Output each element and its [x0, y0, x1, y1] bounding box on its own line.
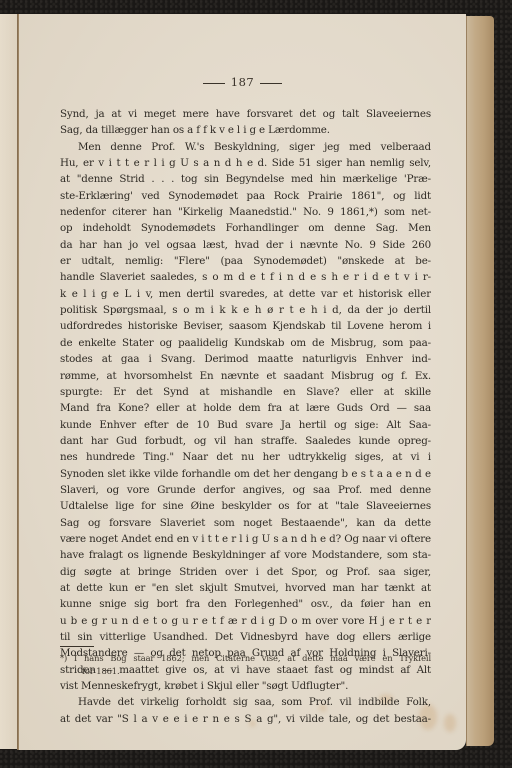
text-line: til sin vitterlige Usandhed. Det Vidnesb… [60, 629, 431, 645]
text-line: rømme, at hvorsomhelst En nævnte et saad… [60, 368, 431, 384]
text-line: have fralagt os lignende Beskyldninger a… [60, 547, 431, 563]
text-line: udfordredes historiske Beviser, saasom K… [60, 318, 431, 334]
foxing-stain [444, 714, 456, 732]
page-number-value: 187 [231, 75, 254, 89]
footnote-line: for 1861. [60, 665, 431, 678]
text-line: da har han jo vel ogsaa læst, hvad der i… [60, 237, 431, 253]
text-line: stodes at gaa i Svang. Derimod maatte na… [60, 351, 431, 367]
text-line: Synd, ja at vi meget mere have forsvaret… [60, 106, 431, 122]
text-line: være noget Andet end en v i t t e r l i … [60, 531, 431, 547]
text-line: de enkelte Stater og paalidelig Kundskab… [60, 335, 431, 351]
text-line: handle Slaveriet saaledes, s o m d e t f… [60, 269, 431, 285]
text-line: op indeholdt Synodemødets Forhandlinger … [60, 220, 431, 236]
text-line: ste-Erklæring' ved Synodemødet paa Rock … [60, 188, 431, 204]
book-page: 187 Synd, ja at vi meget mere have forsv… [19, 14, 466, 750]
text-line: at "denne Strid . . . tog sin Begyndelse… [60, 171, 431, 187]
page-number-dash-left [203, 83, 225, 84]
text-line: at dette kun er "en slet skjult Smutvei,… [60, 580, 431, 596]
footnote-rule [60, 646, 94, 647]
footnote-line: *) I hans Bog staar 1862; men Citaterne … [60, 652, 431, 665]
text-line: vist Menneskefrygt, krøbet i Skjul eller… [60, 678, 431, 694]
text-line: er udtalt, nemlig: "Flere" (paa Synodemø… [60, 253, 431, 269]
body-text: Synd, ja at vi meget mere have forsvaret… [60, 106, 431, 727]
text-line: Udtalelse lige for sine Øine beskylder o… [60, 498, 431, 514]
text-line: nes hundrede Ting." Naar det nu her udtr… [60, 449, 431, 465]
text-line: kunne snige sig bort fra den Forlegenhed… [60, 596, 431, 612]
text-line: u b e g r u n d e t o g u r e t f æ r d … [60, 613, 431, 629]
text-line: Slaveri, og vore Grunde derfor angives, … [60, 482, 431, 498]
page-number-dash-right [260, 83, 282, 84]
text-line: dant har Gud forbudt, og vil han straffe… [60, 433, 431, 449]
text-line: politisk Spørgsmaal, s o m i k k e h ø r… [60, 302, 431, 318]
page-block-edge [466, 16, 494, 746]
text-line: at det var "S l a v e e i e r n e s S a … [60, 711, 431, 727]
text-line: Sag, da tillægger han os a f f k v e l i… [60, 122, 431, 138]
text-line: Mand fra Kone? eller at holde dem fra at… [60, 400, 431, 416]
text-line: spurgte: Er det Synd at mishandle en Sla… [60, 384, 431, 400]
text-line: Men denne Prof. W.'s Beskyldning, siger … [60, 139, 431, 155]
text-line: Synoden slet ikke vilde forhandle om det… [60, 466, 431, 482]
text-line: kunde Enhver efter de 10 Bud svare Ja he… [60, 417, 431, 433]
footnote: *) I hans Bog staar 1862; men Citaterne … [60, 652, 431, 678]
text-line: Hu, er v i t t e r l i g U s a n d h e d… [60, 155, 431, 171]
text-line: dig søgte at bringe Striden over i det S… [60, 564, 431, 580]
text-line: nedenfor citerer han "Kirkelig Maanedsti… [60, 204, 431, 220]
text-line: k e l i g e L i v, men dertil svaredes, … [60, 286, 431, 302]
text-line: Sag og forsvare Slaveriet som noget Best… [60, 515, 431, 531]
text-line: Havde det virkelig forholdt sig saa, som… [60, 694, 431, 710]
page-number: 187 [19, 75, 466, 89]
